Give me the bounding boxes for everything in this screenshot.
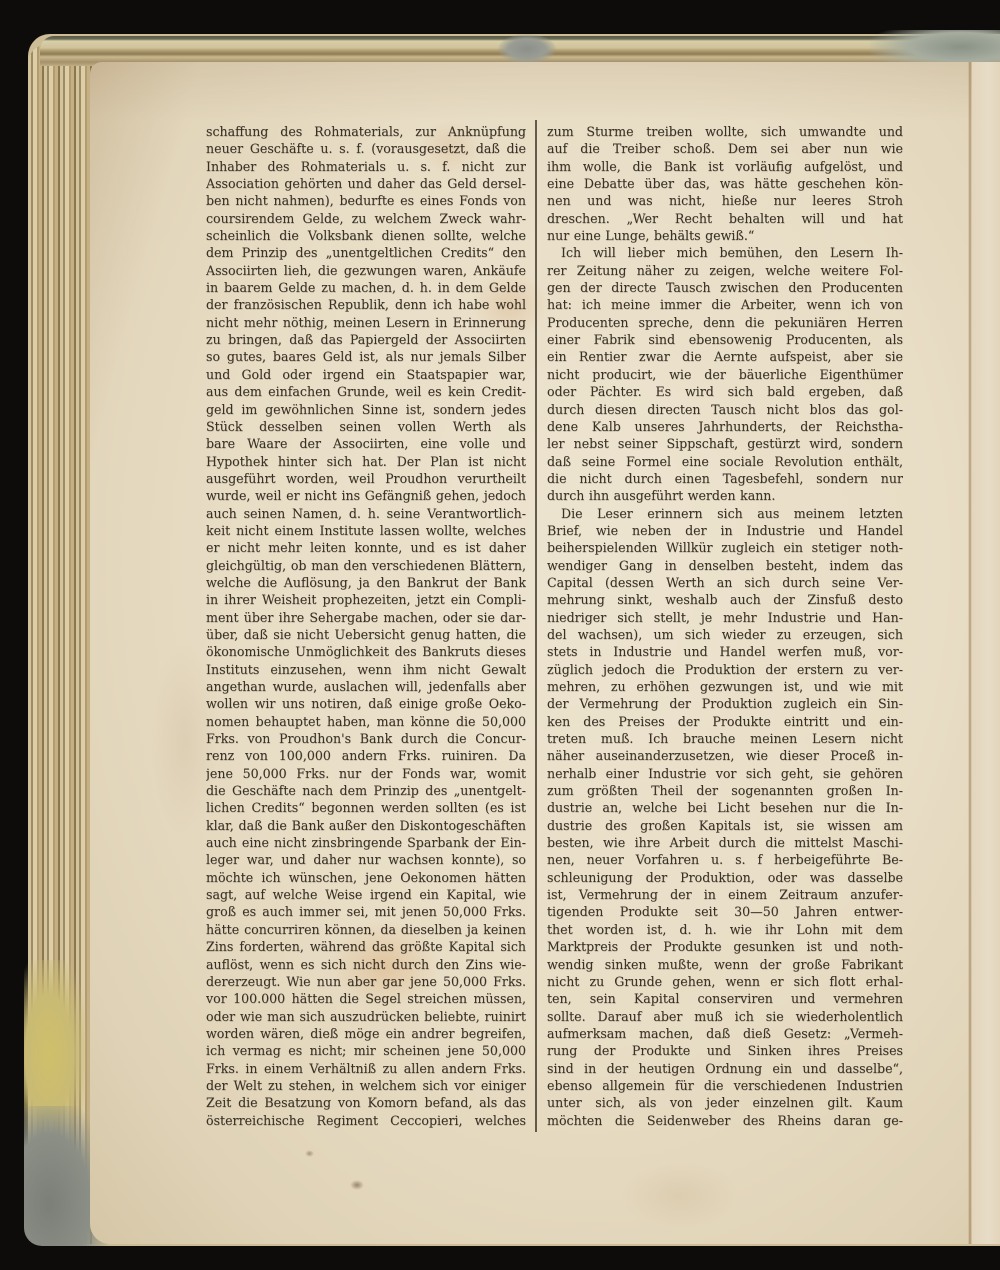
text-line: auch seinen Namen, d. h. seine Verantwor… (206, 505, 526, 522)
text-line: welche die Auflösung, ja den Bankrut der… (206, 574, 526, 591)
text-line: Frks. in einem Verhältniß zu allen ander… (206, 1060, 526, 1077)
text-line: ein Rentier zwar die Aernte aufspeist, a… (547, 348, 903, 365)
text-line: die Geschäfte nach dem Prinzip des „unen… (206, 782, 526, 799)
adjacent-page-edge (972, 62, 1000, 1244)
text-line: zum Sturme treiben wollte, sich umwandte… (547, 123, 903, 140)
text-line: schleunigung der Produktion, oder was da… (547, 869, 903, 886)
text-line: über, daß sie nicht Uebersicht genug hat… (206, 626, 526, 643)
text-line: gleichgültig, ob man den verschiedenen B… (206, 557, 526, 574)
text-line: Producenten spreche, denn die pekuniären… (547, 314, 903, 331)
text-line: daß seine Formel eine sociale Revolution… (547, 453, 903, 470)
text-line: nicht producirt, wie der bäuerliche Eige… (547, 366, 903, 383)
text-line: hätte concurriren können, da dieselben j… (206, 921, 526, 938)
text-column-right: zum Sturme treiben wollte, sich umwandte… (547, 123, 903, 1129)
text-line: keit nicht einem Institute lassen wollte… (206, 522, 526, 539)
text-line: gen der directe Tausch zwischen den Prod… (547, 279, 903, 296)
text-line: Zins forderten, während das größte Kapit… (206, 938, 526, 955)
text-line: scheinlich die Volksbank dienen sollte, … (206, 227, 526, 244)
text-line: ler nebst seiner Sippschaft, gestürzt wi… (547, 435, 903, 452)
text-line: möchte ich wünschen, jene Oekonomen hätt… (206, 869, 526, 886)
text-line: thet worden ist, d. h. wie ihr Lohn mit … (547, 921, 903, 938)
text-line: dem Prinzip des „unentgeltlichen Credits… (206, 244, 526, 261)
text-line: groß es auch immer sei, mit jenen 50,000… (206, 903, 526, 920)
text-line: ausgeführt worden, weil Proudhon verurth… (206, 470, 526, 487)
text-line: in baarem Gelde zu machen, d. h. in dem … (206, 279, 526, 296)
text-line: leger war, und daher nur wachsen konnte)… (206, 851, 526, 868)
text-line: auflöst, wenn es sich nicht durch den Zi… (206, 956, 526, 973)
text-line: in ihrer Weisheit prophezeiten, jetzt ei… (206, 591, 526, 608)
text-line: nen und was nicht, hieße nur leeres Stro… (547, 192, 903, 209)
text-line: Association gehörten und daher das Geld … (206, 175, 526, 192)
text-line: rer Zeitung näher zu zeigen, welche weit… (547, 262, 903, 279)
text-line: durch diesen directen Tausch nicht blos … (547, 401, 903, 418)
text-line: so gutes, baares Geld ist, als nur jemal… (206, 348, 526, 365)
text-line: züglich jedoch die Produktion der erster… (547, 661, 903, 678)
text-line: beiherspielenden Willkür zugleich ein st… (547, 539, 903, 556)
text-line: nerhalb einer Industrie vor sich geht, s… (547, 765, 903, 782)
text-line: eine Debatte über das, was hätte gescheh… (547, 175, 903, 192)
text-line: aufmerksam machen, daß dieß Gesetz: „Ver… (547, 1025, 903, 1042)
text-line: ment über ihre Sehergabe machen, oder si… (206, 609, 526, 626)
text-line: Brief, wie neben der in Industrie und Ha… (547, 522, 903, 539)
text-line: zum größten Theil der sogenannten großen… (547, 782, 903, 799)
text-line: auch eine nicht zinsbringende Sparbank d… (206, 834, 526, 851)
text-line: ebenso allgemein für die verschiedenen I… (547, 1077, 903, 1094)
text-line: Zeit die Besatzung von Komorn befand, al… (206, 1094, 526, 1111)
text-line: treten muß. Ich brauche meinen Lesern ni… (547, 730, 903, 747)
text-line: tigenden Produkte seit 30—50 Jahren entw… (547, 903, 903, 920)
text-line: Instituts einzusehen, wenn ihm nicht Gew… (206, 661, 526, 678)
text-line: die nicht durch einen Tagesbefehl, sonde… (547, 470, 903, 487)
text-line: ben nicht nahmen), bedurfte es eines Fon… (206, 192, 526, 209)
text-line: neuer Geschäfte u. s. f. (vorausgesetzt,… (206, 140, 526, 157)
text-line: der Vermehrung der Produktion zugleich e… (547, 695, 903, 712)
text-line: oder wie man sich auszudrücken beliebte,… (206, 1008, 526, 1025)
text-line: näher auseinanderzusetzen, wie dieser Pr… (547, 747, 903, 764)
text-line: aus dem einfachen Grunde, weil es kein C… (206, 383, 526, 400)
text-line: Capital (dessen Werth an sich durch sein… (547, 574, 903, 591)
text-line: und Gold oder irgend ein Staatspapier wa… (206, 366, 526, 383)
text-line: worden wären, dieß möge ein andrer begre… (206, 1025, 526, 1042)
text-line: Marktpreis der Produkte gesunken ist und… (547, 938, 903, 955)
scan-background: { "page": { "kind": "scanned-book-page",… (0, 0, 1000, 1270)
text-line: ihm wolle, die Bank ist vorläufig aufgel… (547, 158, 903, 175)
text-line: Inhaber des Rohmaterials u. s. f. nicht … (206, 158, 526, 175)
text-line: renz von 100,000 andern Frks. ruiniren. … (206, 747, 526, 764)
text-line: geld im gewöhnlichen Sinne ist, sondern … (206, 401, 526, 418)
text-line: angethan wurde, auslachen will, jedenfal… (206, 678, 526, 695)
text-line: Hypothek hinter sich hat. Der Plan ist n… (206, 453, 526, 470)
text-line: sollte. Darauf aber muß ich sie wiederho… (547, 1008, 903, 1025)
text-line: nicht zu Grunde gehen, wenn er sich flot… (547, 973, 903, 990)
text-line: ich vermag es nicht; mir scheinen jene 5… (206, 1042, 526, 1059)
text-line: Stück desselben seinen vollen Werth als … (206, 418, 526, 435)
text-line: durch ihn ausgeführt werden kann. (547, 487, 903, 504)
text-line: bare Waare der Associirten, eine volle u… (206, 435, 526, 452)
text-line: Frks. von Proudhon's Bank durch die Conc… (206, 730, 526, 747)
text-line: sind in der heutigen Ordnung ein und das… (547, 1060, 903, 1077)
text-line: unter sich, als von jeder einzelnen gilt… (547, 1094, 903, 1111)
text-line: schaffung des Rohmaterials, zur Anknüpfu… (206, 123, 526, 140)
text-line: Associirten lieh, die gezwungen waren, A… (206, 262, 526, 279)
text-line: lichen Credits“ begonnen werden sollten … (206, 799, 526, 816)
text-line: wendiger Gang in denselben besteht, inde… (547, 557, 903, 574)
text-line: nicht mehr nöthig, meinen Lesern in Erin… (206, 314, 526, 331)
text-line: hat: ich meine immer die Arbeiter, wenn … (547, 296, 903, 313)
text-line: del wachsen), um sich wieder zu erzeugen… (547, 626, 903, 643)
text-line: österreichische Regiment Ceccopieri, wel… (206, 1112, 526, 1129)
text-line: wollen wir uns notiren, daß einige große… (206, 695, 526, 712)
text-line: er nicht mehr leiten konnte, und es ist … (206, 539, 526, 556)
text-line: nur eine Lunge, behälts gewiß.“ (547, 227, 903, 244)
text-line: vor 100.000 hätten die Segel streichen m… (206, 990, 526, 1007)
text-line: der Welt zu stehen, in welchem sich vor … (206, 1077, 526, 1094)
text-line: stets in Industrie und Handel werfen muß… (547, 643, 903, 660)
text-line: dene Kalb unseres Jahrhunderts, der Reic… (547, 418, 903, 435)
text-line: besten, wie ihre Arbeit durch die mittel… (547, 834, 903, 851)
column-divider-rule (535, 120, 537, 1132)
text-line: ist, Vermehrung der in einem Zeitraum an… (547, 886, 903, 903)
text-line: rung der Produkte und Sinken ihres Preis… (547, 1042, 903, 1059)
text-line: Ich will lieber mich bemühen, den Lesern… (547, 244, 903, 261)
top-edge-smudge (498, 34, 556, 64)
text-line: möchten die Seidenweber des Rheins daran… (547, 1112, 903, 1129)
text-line: jene 50,000 Frks. nur der Fonds war, wom… (206, 765, 526, 782)
text-line: coursirendem Gelde, zu welchem Zweck wah… (206, 210, 526, 227)
text-line: wurde, weil er nicht ins Gefängniß gehen… (206, 487, 526, 504)
text-line: nomen behauptet haben, man könne die 50,… (206, 713, 526, 730)
text-line: dererzeugt. Wie nun aber gar jene 50,000… (206, 973, 526, 990)
text-line: oder Pächter. Es wird sich bald ergeben,… (547, 383, 903, 400)
text-line: sagt, auf welche Weise irgend ein Kapita… (206, 886, 526, 903)
text-line: Die Leser erinnern sich aus meinem letzt… (547, 505, 903, 522)
text-line: nen, neuer Vorfahren u. s. f herbeigefüh… (547, 851, 903, 868)
text-line: mehrung sinkt, weshalb auch der Zinsfuß … (547, 591, 903, 608)
text-line: klar, daß die Bank außer den Diskontoges… (206, 817, 526, 834)
text-line: der französischen Republik, denn ich hab… (206, 296, 526, 313)
text-line: dustrie an, welche bei Licht besehen nur… (547, 799, 903, 816)
text-column-left: schaffung des Rohmaterials, zur Anknüpfu… (206, 123, 526, 1129)
text-line: dustrie des großen Kapitals ist, sie wis… (547, 817, 903, 834)
text-line: ten, sein Kapital conserviren und vermeh… (547, 990, 903, 1007)
text-line: zu bringen, daß das Papiergeld der Assoc… (206, 331, 526, 348)
text-line: mehren, zu erhöhen gezwungen ist, und wi… (547, 678, 903, 695)
text-line: wendig sinken mußte, wenn der große Fabr… (547, 956, 903, 973)
text-line: auf die Treiber schoß. Dem sei aber nun … (547, 140, 903, 157)
text-line: ken des Preises der Produkte eintritt un… (547, 713, 903, 730)
text-line: dreschen. „Wer Recht behalten will und h… (547, 210, 903, 227)
text-line: einer Fabrik sind ebensowenig Producente… (547, 331, 903, 348)
text-line: niedriger sich stellt, je mehr Industrie… (547, 609, 903, 626)
text-line: ökonomische Unmöglichkeit des Bankruts d… (206, 643, 526, 660)
